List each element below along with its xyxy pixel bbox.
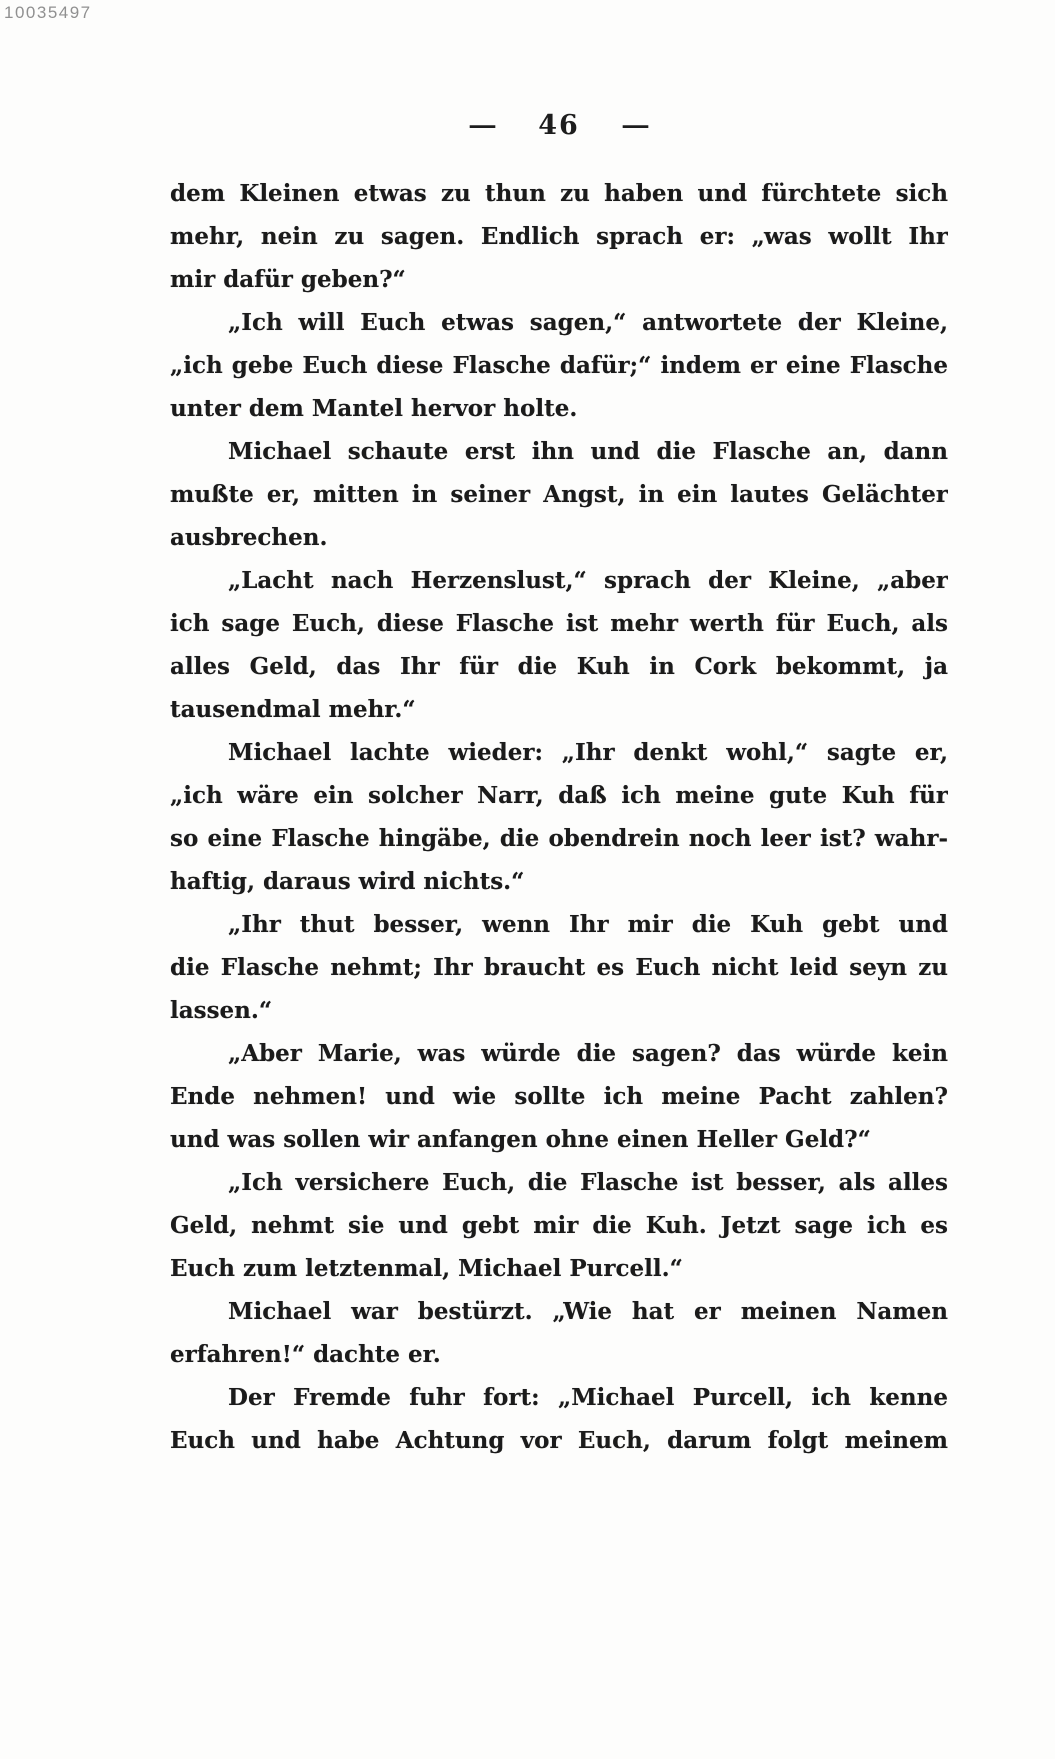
text-line: und was sollen wir anfangen ohne einen H… [170, 1118, 948, 1161]
scan-id: 10035497 [4, 3, 92, 23]
page-number: 46 [538, 110, 580, 141]
text-line: ich sage Euch, diese Flasche ist mehr we… [170, 602, 948, 645]
text-line: „Ich versichere Euch, die Flasche ist be… [170, 1161, 948, 1204]
page-body-text: dem Kleinen etwas zu thun zu haben und f… [170, 172, 948, 1462]
text-line: haftig, daraus wird nichts.“ [170, 860, 948, 903]
text-line: mehr, nein zu sagen. Endlich sprach er: … [170, 215, 948, 258]
text-line: „ich wäre ein solcher Narr, daß ich mein… [170, 774, 948, 817]
text-line: „Aber Marie, was würde die sagen? das wü… [170, 1032, 948, 1075]
text-line: lassen.“ [170, 989, 948, 1032]
text-line: Michael schaute erst ihn und die Flasche… [170, 430, 948, 473]
text-line: Euch zum letztenmal, Michael Purcell.“ [170, 1247, 948, 1290]
text-line: Ende nehmen! und wie sollte ich meine Pa… [170, 1075, 948, 1118]
text-line: „Lacht nach Herzenslust,“ sprach der Kle… [170, 559, 948, 602]
text-line: Euch und habe Achtung vor Euch, darum fo… [170, 1419, 948, 1462]
text-line: „Ich will Euch etwas sagen,“ antwortete … [170, 301, 948, 344]
page-header: — 46 — [170, 110, 948, 141]
text-line: mußte er, mitten in seiner Angst, in ein… [170, 473, 948, 516]
text-line: die Flasche nehmt; Ihr braucht es Euch n… [170, 946, 948, 989]
header-left-dash: — [468, 112, 497, 139]
text-line: ausbrechen. [170, 516, 948, 559]
text-line: Michael war bestürzt. „Wie hat er meinen… [170, 1290, 948, 1333]
text-line: tausendmal mehr.“ [170, 688, 948, 731]
text-line: so eine Flasche hingäbe, die obendrein n… [170, 817, 948, 860]
text-line: Geld, nehmt sie und gebt mir die Kuh. Je… [170, 1204, 948, 1247]
header-right-dash: — [621, 112, 650, 139]
text-line: „Ihr thut besser, wenn Ihr mir die Kuh g… [170, 903, 948, 946]
book-page: 10035497 — 46 — dem Kleinen etwas zu thu… [0, 0, 1055, 1759]
text-line: „ich gebe Euch diese Flasche dafür;“ ind… [170, 344, 948, 387]
text-line: dem Kleinen etwas zu thun zu haben und f… [170, 172, 948, 215]
text-line: unter dem Mantel hervor holte. [170, 387, 948, 430]
text-line: Der Fremde fuhr fort: „Michael Purcell, … [170, 1376, 948, 1419]
text-line: Michael lachte wieder: „Ihr denkt wohl,“… [170, 731, 948, 774]
text-line: mir dafür geben?“ [170, 258, 948, 301]
text-line: alles Geld, das Ihr für die Kuh in Cork … [170, 645, 948, 688]
text-line: erfahren!“ dachte er. [170, 1333, 948, 1376]
